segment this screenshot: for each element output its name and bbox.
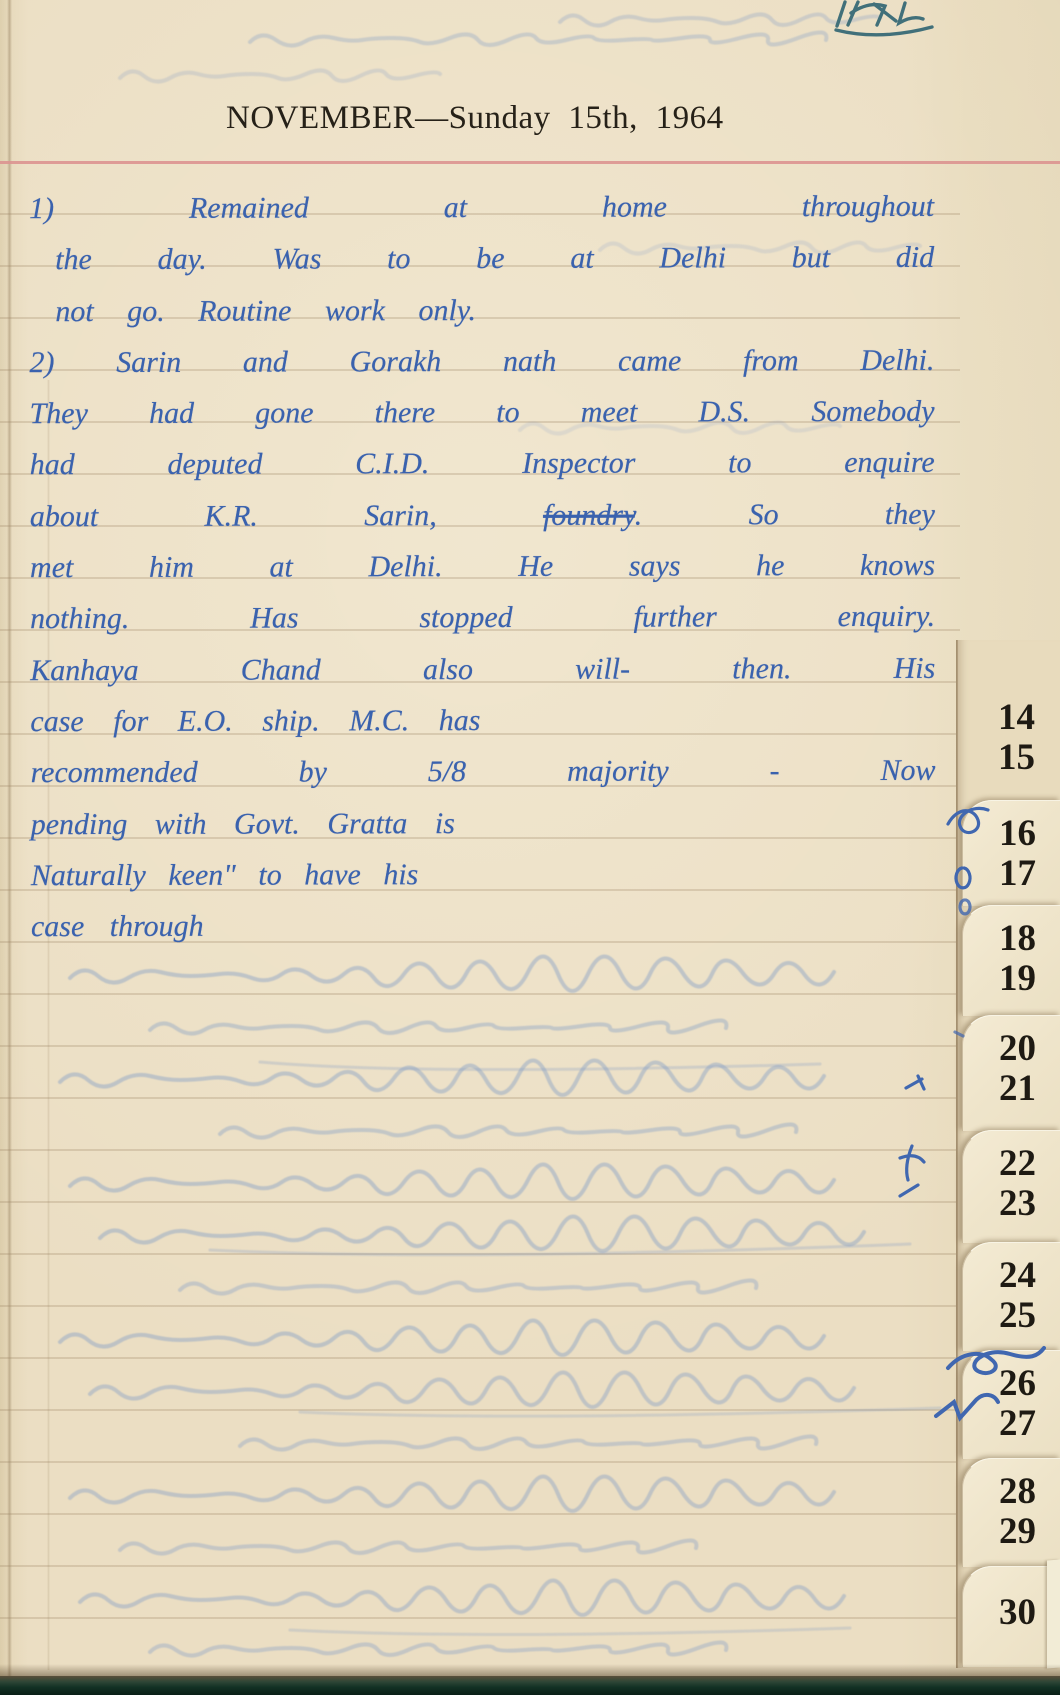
binding-strip <box>0 1676 1060 1695</box>
diary-page-scan: NOVEMBER—Sunday 15th, 1964 1) Remained a… <box>0 0 1060 1695</box>
corner-scribble-icon <box>836 2 932 35</box>
ink-marks <box>0 0 1060 1695</box>
tab-scribbles-icon <box>900 808 1044 1418</box>
page-bottom-shadow <box>0 1664 1060 1676</box>
under-page-edge <box>1047 1560 1060 1669</box>
